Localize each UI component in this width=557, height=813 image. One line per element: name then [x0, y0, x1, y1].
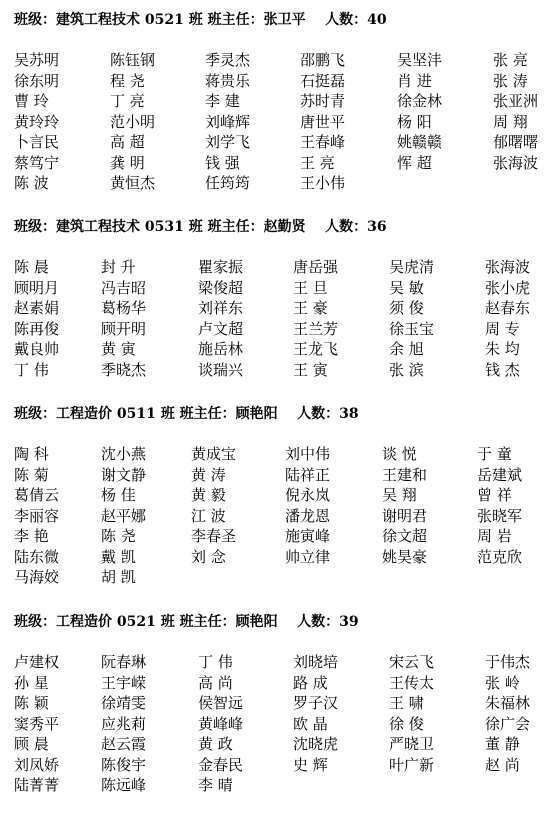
student-name: 吴苏明 — [14, 51, 59, 70]
student-row: 陆东微戴 凯刘 念帅立律姚昊豪范克欣 — [0, 548, 557, 569]
student-name: 黄峰峰 — [198, 715, 243, 734]
student-name: 王 啸 — [389, 694, 424, 713]
student-row: 黄玲玲范小明刘峰辉唐世平杨 阳周 翔 — [0, 113, 557, 134]
student-row: 陈 波黄恒杰任筠筠王小伟 — [0, 174, 557, 195]
student-name: 季灵杰 — [205, 51, 250, 70]
student-name: 张 涛 — [493, 72, 528, 91]
student-name: 丁 伟 — [14, 361, 49, 380]
student-name: 沈晓虎 — [293, 735, 338, 754]
student-name: 罗子汉 — [293, 694, 338, 713]
student-name: 陶 科 — [14, 445, 49, 464]
student-name: 王 亮 — [300, 154, 335, 173]
student-name: 钱 杰 — [485, 361, 520, 380]
student-row: 曹 玲丁 亮李 建苏时青徐金林张亚洲 — [0, 92, 557, 113]
student-row: 葛倩云杨 佳黄 毅倪永岚吴 翔曾 祥 — [0, 486, 557, 507]
student-name: 张亚洲 — [493, 92, 538, 111]
student-row: 刘凤娇陈俊宇金春民史 辉叶广新赵 尚 — [0, 756, 557, 777]
student-name: 葛倩云 — [14, 486, 59, 505]
student-name: 顾开明 — [101, 320, 146, 339]
student-name: 肖 进 — [397, 72, 432, 91]
student-row: 李 艳陈 尧李春圣施寅峰徐文超周 岩 — [0, 527, 557, 548]
student-name: 顾 晨 — [14, 735, 49, 754]
student-name: 周 岩 — [477, 527, 512, 546]
student-name: 谢文静 — [101, 466, 146, 485]
student-name: 余 旭 — [389, 340, 424, 359]
student-name: 于 童 — [477, 445, 512, 464]
student-name: 马海姣 — [14, 568, 59, 587]
student-grid: 陈 晨封 升瞿家振唐岳强吴虎清张海波顾明月冯吉昭梁俊超王 旦吴 敏张小虎赵素娟葛… — [0, 258, 557, 381]
student-name: 唐岳强 — [293, 258, 338, 277]
student-name: 施寅峰 — [285, 527, 330, 546]
student-name: 王兰芳 — [293, 320, 338, 339]
student-name: 李 晴 — [198, 776, 233, 795]
student-row: 陆菁菁陈远峰李 晴 — [0, 776, 557, 797]
student-name: 郁曙曙 — [493, 133, 538, 152]
student-name: 葛杨华 — [101, 299, 146, 318]
student-name: 高 尚 — [198, 674, 233, 693]
student-name: 刘学飞 — [205, 133, 250, 152]
student-name: 沈小燕 — [101, 445, 146, 464]
student-row: 顾明月冯吉昭梁俊超王 旦吴 敏张小虎 — [0, 279, 557, 300]
student-name: 须 俊 — [389, 299, 424, 318]
student-name: 陆东微 — [14, 548, 59, 567]
student-name: 王龙飞 — [293, 340, 338, 359]
student-name: 侯智远 — [198, 694, 243, 713]
student-name: 陆祥正 — [285, 466, 330, 485]
student-name: 陆菁菁 — [14, 776, 59, 795]
student-name: 曾 祥 — [477, 486, 512, 505]
student-name: 赵 尚 — [485, 756, 520, 775]
student-name: 李春圣 — [191, 527, 236, 546]
student-name: 张 滨 — [389, 361, 424, 380]
student-name: 瞿家振 — [198, 258, 243, 277]
student-name: 谢明君 — [382, 507, 427, 526]
student-name: 谈瑞兴 — [198, 361, 243, 380]
student-name: 蒋贵乐 — [205, 72, 250, 91]
student-name: 刘凤娇 — [14, 756, 59, 775]
student-name: 陈 晨 — [14, 258, 49, 277]
student-row: 戴良帅黄 寅施岳林王龙飞余 旭朱 均 — [0, 340, 557, 361]
student-name: 邵鹏飞 — [300, 51, 345, 70]
student-row: 徐东明程 尧蒋贵乐石挺磊肖 进张 涛 — [0, 72, 557, 93]
student-name: 戴良帅 — [14, 340, 59, 359]
student-name: 黄 毅 — [191, 486, 226, 505]
student-row: 顾 晨赵云霞黄 政沈晓虎严晓卫董 静 — [0, 735, 557, 756]
student-name: 黄 寅 — [101, 340, 136, 359]
student-name: 杨 阳 — [397, 113, 432, 132]
student-name: 戴 凯 — [101, 548, 136, 567]
student-name: 王建和 — [382, 466, 427, 485]
student-name: 卜言民 — [14, 133, 59, 152]
student-name: 陈 尧 — [101, 527, 136, 546]
student-row: 赵素娟葛杨华刘祥东王 豪须 俊赵春东 — [0, 299, 557, 320]
student-name: 李 建 — [205, 92, 240, 111]
class-header: 班级：工程造价 0511 班 班主任：顾艳阳 人数：38 — [14, 405, 359, 423]
student-name: 帅立律 — [285, 548, 330, 567]
student-name: 吴 敏 — [389, 279, 424, 298]
student-row: 陈 晨封 升瞿家振唐岳强吴虎清张海波 — [0, 258, 557, 279]
student-name: 于伟杰 — [485, 653, 530, 672]
student-name: 董 静 — [485, 735, 520, 754]
student-row: 陈再俊顾开明卢文超王兰芳徐玉宝周 专 — [0, 320, 557, 341]
student-name: 龚 明 — [110, 154, 145, 173]
student-name: 姚昊豪 — [382, 548, 427, 567]
student-name: 金春民 — [198, 756, 243, 775]
student-name: 阮春琳 — [101, 653, 146, 672]
student-name: 王传太 — [389, 674, 434, 693]
student-name: 宋云飞 — [389, 653, 434, 672]
student-row: 卢建权阮春琳丁 伟刘晓培宋云飞于伟杰 — [0, 653, 557, 674]
student-name: 刘晓培 — [293, 653, 338, 672]
class-header: 班级：建筑工程技术 0531 班 班主任：赵勤贤 人数：36 — [14, 218, 387, 236]
student-name: 陈 波 — [14, 174, 49, 193]
student-name: 范小明 — [110, 113, 155, 132]
student-name: 倪永岚 — [285, 486, 330, 505]
student-name: 陈钰钢 — [110, 51, 155, 70]
student-name: 王小伟 — [300, 174, 345, 193]
student-name: 张海波 — [485, 258, 530, 277]
student-name: 黄玲玲 — [14, 113, 59, 132]
class-header: 班级：建筑工程技术 0521 班 班主任：张卫平 人数：40 — [14, 11, 387, 29]
student-name: 唐世平 — [300, 113, 345, 132]
student-name: 赵云霞 — [101, 735, 146, 754]
student-name: 赵平娜 — [101, 507, 146, 526]
student-name: 陈 颖 — [14, 694, 49, 713]
student-name: 冯吉昭 — [101, 279, 146, 298]
student-name: 陈俊宇 — [101, 756, 146, 775]
student-row: 马海姣胡 凯 — [0, 568, 557, 589]
student-name: 徐文超 — [382, 527, 427, 546]
student-name: 曹 玲 — [14, 92, 49, 111]
student-name: 高 超 — [110, 133, 145, 152]
student-name: 张晓军 — [477, 507, 522, 526]
student-name: 张海波 — [493, 154, 538, 173]
student-row: 蔡笃宁龚 明钱 强王 亮恽 超张海波 — [0, 154, 557, 175]
student-name: 徐金林 — [397, 92, 442, 111]
student-name: 岳建斌 — [477, 466, 522, 485]
student-name: 李 艳 — [14, 527, 49, 546]
student-name: 徐东明 — [14, 72, 59, 91]
student-row: 孙 星王宇嵘高 尚路 成王传太张 岭 — [0, 674, 557, 695]
student-name: 刘中伟 — [285, 445, 330, 464]
student-name: 徐广会 — [485, 715, 530, 734]
student-name: 江 波 — [191, 507, 226, 526]
student-name: 刘 念 — [191, 548, 226, 567]
student-name: 王 寅 — [293, 361, 328, 380]
student-row: 陈 菊谢文静黄 涛陆祥正王建和岳建斌 — [0, 466, 557, 487]
student-row: 窦秀平应兆莉黄峰峰欧 晶徐 俊徐广会 — [0, 715, 557, 736]
student-name: 杨 佳 — [101, 486, 136, 505]
student-name: 吴虎清 — [389, 258, 434, 277]
student-name: 吴坚沣 — [397, 51, 442, 70]
student-name: 赵春东 — [485, 299, 530, 318]
student-name: 朱福林 — [485, 694, 530, 713]
student-name: 丁 亮 — [110, 92, 145, 111]
student-name: 李丽容 — [14, 507, 59, 526]
student-name: 顾明月 — [14, 279, 59, 298]
student-name: 孙 星 — [14, 674, 49, 693]
student-name: 黄 涛 — [191, 466, 226, 485]
student-name: 刘祥东 — [198, 299, 243, 318]
student-name: 史 辉 — [293, 756, 328, 775]
student-name: 张 岭 — [485, 674, 520, 693]
student-name: 窦秀平 — [14, 715, 59, 734]
student-name: 潘龙恩 — [285, 507, 330, 526]
student-row: 丁 伟季晓杰谈瑞兴王 寅张 滨钱 杰 — [0, 361, 557, 382]
student-name: 徐 俊 — [389, 715, 424, 734]
student-name: 朱 均 — [485, 340, 520, 359]
student-row: 吴苏明陈钰钢季灵杰邵鹏飞吴坚沣张 亮 — [0, 51, 557, 72]
student-name: 施岳林 — [198, 340, 243, 359]
student-name: 范克欣 — [477, 548, 522, 567]
student-row: 卜言民高 超刘学飞王春峰姚赣赣郁曙曙 — [0, 133, 557, 154]
student-name: 黄恒杰 — [110, 174, 155, 193]
student-name: 蔡笃宁 — [14, 154, 59, 173]
student-name: 陈远峰 — [101, 776, 146, 795]
student-name: 张小虎 — [485, 279, 530, 298]
student-name: 苏时青 — [300, 92, 345, 111]
student-name: 丁 伟 — [198, 653, 233, 672]
student-name: 卢建权 — [14, 653, 59, 672]
student-name: 吴 翔 — [382, 486, 417, 505]
student-name: 王春峰 — [300, 133, 345, 152]
student-name: 黄 政 — [198, 735, 233, 754]
student-name: 梁俊超 — [198, 279, 243, 298]
student-name: 叶广新 — [389, 756, 434, 775]
student-name: 王 旦 — [293, 279, 328, 298]
student-name: 季晓杰 — [101, 361, 146, 380]
student-name: 姚赣赣 — [397, 133, 442, 152]
student-name: 任筠筠 — [205, 174, 250, 193]
student-name: 路 成 — [293, 674, 328, 693]
student-name: 徐玉宝 — [389, 320, 434, 339]
class-header: 班级：工程造价 0521 班 班主任：顾艳阳 人数：39 — [14, 613, 359, 631]
student-grid: 卢建权阮春琳丁 伟刘晓培宋云飞于伟杰孙 星王宇嵘高 尚路 成王传太张 岭陈 颖徐… — [0, 653, 557, 797]
student-name: 赵素娟 — [14, 299, 59, 318]
student-name: 胡 凯 — [101, 568, 136, 587]
student-name: 应兆莉 — [101, 715, 146, 734]
student-name: 卢文超 — [198, 320, 243, 339]
student-name: 刘峰辉 — [205, 113, 250, 132]
student-name: 封 升 — [101, 258, 136, 277]
student-name: 钱 强 — [205, 154, 240, 173]
student-row: 陈 颖徐靖雯侯智远罗子汉王 啸朱福林 — [0, 694, 557, 715]
student-name: 石挺磊 — [300, 72, 345, 91]
student-name: 王 豪 — [293, 299, 328, 318]
student-name: 陈再俊 — [14, 320, 59, 339]
student-name: 徐靖雯 — [101, 694, 146, 713]
student-row: 陶 科沈小燕黄成宝刘中伟谈 悦于 童 — [0, 445, 557, 466]
student-name: 周 专 — [485, 320, 520, 339]
student-name: 张 亮 — [493, 51, 528, 70]
student-name: 程 尧 — [110, 72, 145, 91]
student-name: 恽 超 — [397, 154, 432, 173]
student-name: 黄成宝 — [191, 445, 236, 464]
student-name: 周 翔 — [493, 113, 528, 132]
student-name: 欧 晶 — [293, 715, 328, 734]
student-name: 陈 菊 — [14, 466, 49, 485]
student-name: 严晓卫 — [389, 735, 434, 754]
student-row: 李丽容赵平娜江 波潘龙恩谢明君张晓军 — [0, 507, 557, 528]
student-name: 谈 悦 — [382, 445, 417, 464]
student-name: 王宇嵘 — [101, 674, 146, 693]
student-grid: 陶 科沈小燕黄成宝刘中伟谈 悦于 童陈 菊谢文静黄 涛陆祥正王建和岳建斌葛倩云杨… — [0, 445, 557, 589]
student-grid: 吴苏明陈钰钢季灵杰邵鹏飞吴坚沣张 亮徐东明程 尧蒋贵乐石挺磊肖 进张 涛曹 玲丁… — [0, 51, 557, 195]
